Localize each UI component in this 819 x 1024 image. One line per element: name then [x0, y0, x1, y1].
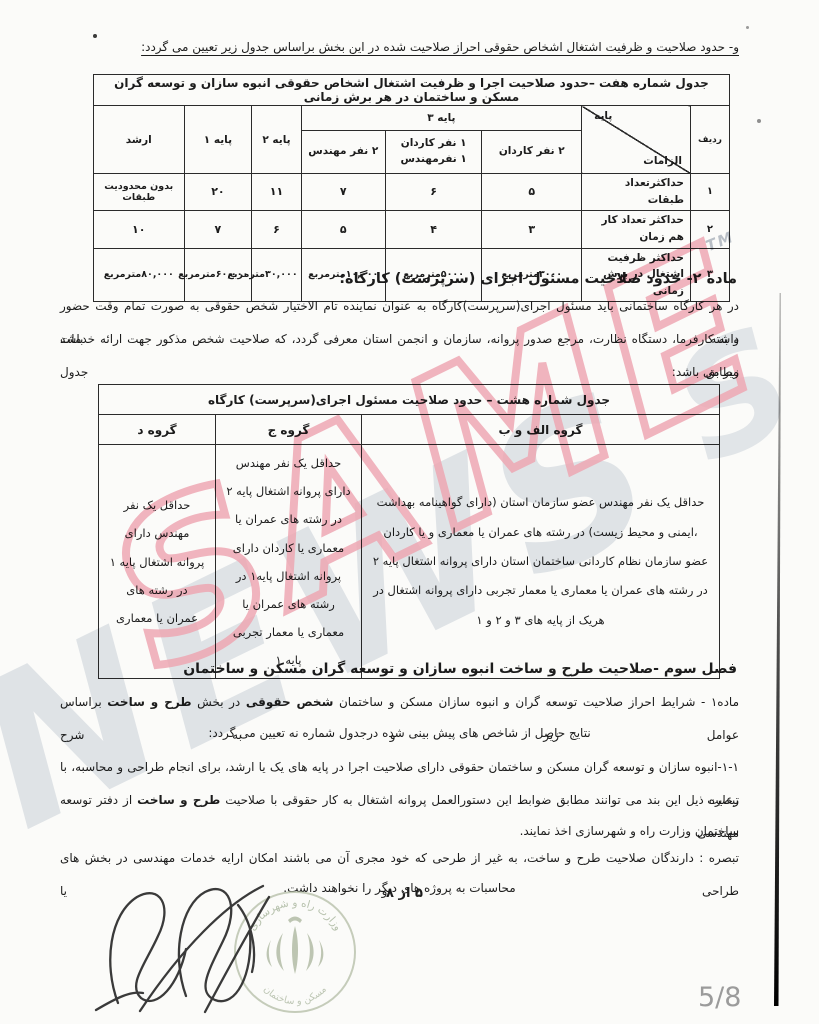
table-seven-group-header: پایه ۳	[301, 106, 581, 131]
cell-value: ۵	[301, 210, 385, 248]
table-eight-body-alef-b: حداقل یک نفر مهندس عضو سازمان استان (دار…	[362, 445, 720, 679]
table-row: ۲ حداکثر تعداد کار هم زمان ۳ ۴ ۵ ۶ ۷ ۱۰	[94, 210, 730, 248]
table-seven-col-paye2: پایه ۲	[252, 106, 301, 174]
cell-value: ۵	[482, 174, 582, 211]
scan-speck	[746, 26, 749, 29]
cell-value: بدون محدودیت طبقات	[94, 174, 185, 211]
corner-label-elzamat: الزامات	[643, 155, 682, 167]
table-eight-body-jim: حداقل یک نفر مهندس دارای پروانه اشتغال پ…	[216, 445, 362, 679]
cell-value: ۳	[482, 210, 582, 248]
table-row: ۱ حداکثرتعداد طبقات ۵ ۶ ۷ ۱۱ ۲۰ بدون محد…	[94, 174, 730, 211]
cell-value: ۲۰	[184, 174, 252, 211]
table-seven-corner-cell: پایه الزامات	[582, 106, 691, 174]
table-seven: جدول شماره هفت –حدود صلاحیت اجرا و ظرفیت…	[93, 74, 730, 302]
table-seven-title: جدول شماره هفت –حدود صلاحیت اجرا و ظرفیت…	[94, 75, 730, 106]
corner-label-paye: پایه	[594, 110, 612, 122]
table-seven-col-1kardan-1mohandes: ۱ نفر کاردان ۱ نفرمهندس	[385, 131, 482, 174]
iran-emblem-icon	[267, 917, 324, 975]
cell-value: ۶	[385, 174, 482, 211]
cell-value: ۶	[252, 210, 301, 248]
madeh1-line2: نتایج حاصل از شاخص های پیش بینی شده درجد…	[60, 717, 739, 750]
svg-text:مسکن و ساختمان: مسکن و ساختمان	[261, 984, 329, 1007]
cell-value: ۴	[385, 210, 482, 248]
clause-1-1-bold-tarh-sakht: طرح و ساخت	[137, 793, 220, 807]
table-seven-rownum-header: ردیف	[690, 106, 729, 174]
madeh1-text: ماده۱ - شرایط احراز صلاحیت توسعه گران و …	[333, 695, 739, 709]
cell-value: ۷	[184, 210, 252, 248]
page-number-corner: 5/8	[698, 982, 741, 1013]
table-eight-col-dal: گروه د	[99, 415, 216, 445]
table-seven-col-paye1: پایه ۱	[184, 106, 252, 174]
stamp-arc-bottom-text: مسکن و ساختمان	[261, 984, 329, 1007]
article2-heading: ماده ۲- حدود صلاحیت مسئول اجرای (سرپرست)…	[339, 271, 737, 287]
row-number: ۲	[690, 210, 729, 248]
cell-value: ۱۱	[252, 174, 301, 211]
cell-value: ۱۰	[94, 210, 185, 248]
clause-1-1-text: تبصره ذیل این بند می توانند مطابق ضوابط …	[220, 793, 739, 807]
madeh1-bold-tarh-sakht: طرح و ساخت	[107, 695, 191, 709]
scanned-document-page: و- حدود صلاحیت و ظرفیت اشتغال اشخاص حقوق…	[0, 0, 819, 1024]
stamp-circle	[235, 892, 355, 1012]
row-label: حداکثرتعداد طبقات	[582, 174, 691, 211]
table-seven-col-arshad: ارشد	[94, 106, 185, 174]
row-number: ۱	[690, 174, 729, 211]
table-eight-col-alef-b: گروه الف و ب	[362, 415, 720, 445]
scan-speck	[93, 34, 97, 38]
table-eight-col-jim: گروه ج	[216, 415, 362, 445]
scan-speck	[757, 119, 761, 123]
row-label: حداکثر تعداد کار هم زمان	[582, 210, 691, 248]
madeh1-text: در بخش	[192, 695, 246, 709]
madeh1-bold-shakhs-hoghooghi: شخص حقوقی	[246, 695, 334, 709]
page-number-farsi: ۵ از ۸	[386, 886, 423, 901]
intro-clause-line: و- حدود صلاحیت و ظرفیت اشتغال اشخاص حقوق…	[141, 40, 739, 54]
cell-value: ۷	[301, 174, 385, 211]
table-eight: جدول شماره هشت – حدود صلاحیت مسئول اجرای…	[98, 384, 720, 679]
chapter3-heading: فصل سوم -صلاحیت طرح و ساخت انبوه سازان و…	[183, 661, 737, 677]
table-eight-body-dal: حداقل یک نفر مهندس دارای پروانه اشتغال پ…	[99, 445, 216, 679]
table-seven-col-2kardan: ۲ نفر کاردان	[482, 131, 582, 174]
table-eight-title: جدول شماره هشت – حدود صلاحیت مسئول اجرای…	[99, 385, 720, 415]
table-seven-col-2mohandes: ۲ نفر مهندس	[301, 131, 385, 174]
